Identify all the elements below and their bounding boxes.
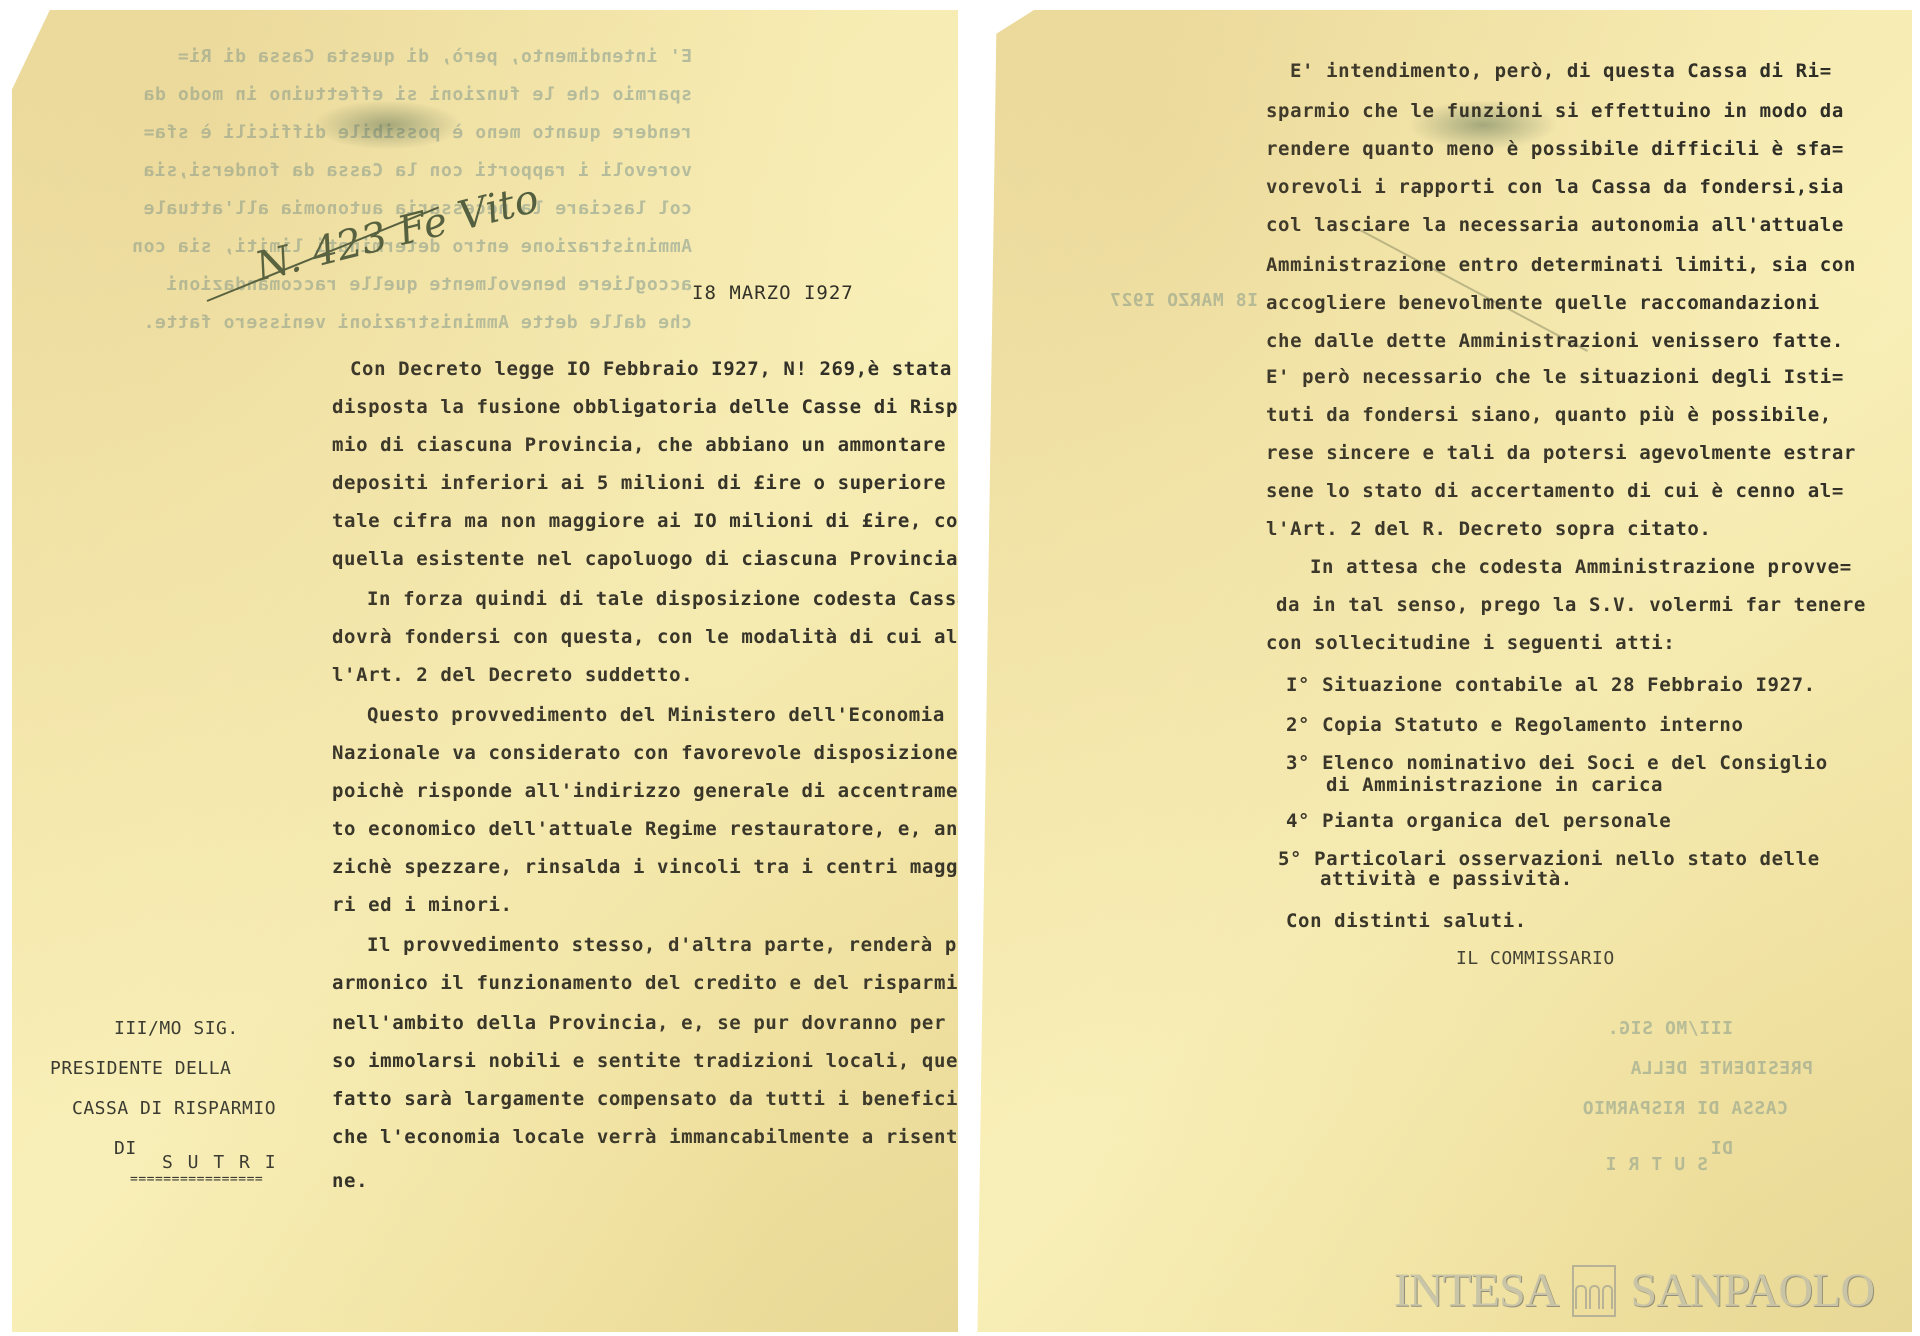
- addressee-role: PRESIDENTE DELLA: [50, 1058, 231, 1079]
- left-page: E' intendimento, però, di questa Cassa d…: [12, 10, 958, 1332]
- body-line: poichè risponde all'indirizzo generale d…: [332, 780, 970, 802]
- body-line: che l'economia locale verrà immancabilme…: [332, 1126, 970, 1148]
- body-line: mio di ciascuna Provincia, che abbiano u…: [332, 434, 982, 456]
- body-line: con sollecitudine i seguenti atti:: [1266, 632, 1675, 654]
- bleed-line: E' intendimento, però, di questa Cassa d…: [177, 46, 692, 67]
- body-line: col lasciare la necessaria autonomia all…: [1266, 214, 1844, 236]
- body-line: da in tal senso, prego la S.V. volermi f…: [1276, 594, 1866, 616]
- body-line: tuti da fondersi siano, quanto più è pos…: [1266, 404, 1832, 426]
- body-line: Con Decreto legge IO Febbraio I927, N! 2…: [350, 358, 952, 380]
- closing-salutation: Con distinti saluti.: [1286, 910, 1527, 932]
- body-line: dovrà fondersi con questa, con le modali…: [332, 626, 970, 648]
- bleed-line: PRESIDENTE DELLA: [1630, 1058, 1813, 1079]
- body-line: vorevoli i rapporti con la Cassa da fond…: [1266, 176, 1844, 198]
- body-line: tale cifra ma non maggiore ai IO milioni…: [332, 510, 970, 532]
- addressee-di: DI: [114, 1138, 137, 1159]
- body-line: l'Art. 2 del Decreto suddetto.: [332, 664, 693, 686]
- body-line: rendere quanto meno è possibile difficil…: [1266, 138, 1844, 160]
- body-line: sparmio che le funzioni si effettuino in…: [1266, 100, 1844, 122]
- addressee-institution: CASSA DI RISPARMIO: [72, 1098, 276, 1119]
- body-line: l'Art. 2 del R. Decreto sopra citato.: [1266, 518, 1711, 540]
- body-line: quella esistente nel capoluogo di ciascu…: [332, 548, 970, 570]
- right-page: I8 MARZO I927 III/MO SIG. PRESIDENTE DEL…: [968, 10, 1912, 1332]
- bleed-line: vorevoli i rapporti con la Cassa da fond…: [143, 160, 692, 181]
- body-line: rese sincere e tali da potersi agevolmen…: [1266, 442, 1856, 464]
- letter-date: I8 MARZO I927: [692, 282, 854, 304]
- bleed-line: S U T R I: [1605, 1154, 1708, 1175]
- addressee-title: III/MO SIG.: [114, 1018, 239, 1039]
- addressee-underline: ================: [130, 1172, 263, 1187]
- intesa-sanpaolo-watermark: INTESA SANPAOLO: [1394, 1263, 1874, 1318]
- body-line: E' intendimento, però, di questa Cassa d…: [1290, 60, 1832, 82]
- body-line: armonico il funzionamento del credito e …: [332, 972, 970, 994]
- list-item: 5° Particolari osservazioni nello stato …: [1278, 848, 1820, 870]
- list-item: I° Situazione contabile al 28 Febbraio I…: [1286, 674, 1816, 696]
- body-line: disposta la fusione obbligatoria delle C…: [332, 396, 982, 418]
- body-line: zichè spezzare, rinsalda i vincoli tra i…: [332, 856, 982, 878]
- body-line: sene lo stato di accertamento di cui è c…: [1266, 480, 1844, 502]
- body-line: In attesa che codesta Amministrazione pr…: [1310, 556, 1852, 578]
- body-line: depositi inferiori ai 5 milioni di £ire …: [332, 472, 982, 494]
- body-line: Il provvedimento stesso, d'altra parte, …: [367, 934, 981, 956]
- body-line: fatto sarà largamente compensato da tutt…: [332, 1088, 958, 1110]
- list-item: attività e passività.: [1320, 868, 1573, 890]
- bleed-line: III/MO SIG.: [1607, 1018, 1733, 1039]
- bleed-line: DI: [1710, 1138, 1733, 1159]
- body-line: ri ed i minori.: [332, 894, 513, 916]
- list-item: di Amministrazione in carica: [1326, 774, 1663, 796]
- bleed-line: CASSA DI RISPARMIO: [1582, 1098, 1788, 1119]
- bleed-line: I8 MARZO I927: [1109, 290, 1258, 311]
- body-line: E' però necessario che le situazioni deg…: [1266, 366, 1844, 388]
- ink-smudge: [312, 100, 462, 150]
- list-item: 4° Pianta organica del personale: [1286, 810, 1671, 832]
- watermark-left-text: INTESA: [1394, 1263, 1559, 1318]
- body-line: Questo provvedimento del Ministero dell'…: [367, 704, 945, 726]
- body-line: so immolarsi nobili e sentite tradizioni…: [332, 1050, 970, 1072]
- body-line: che dalle dette Amministrazioni venisser…: [1266, 330, 1844, 352]
- body-line: In forza quindi di tale disposizione cod…: [367, 588, 969, 610]
- body-line: ne.: [332, 1170, 368, 1192]
- body-line: Nazionale va considerato con favorevole …: [332, 742, 958, 764]
- body-line: to economico dell'attuale Regime restaur…: [332, 818, 970, 840]
- body-line: Amministrazione entro determinati limiti…: [1266, 254, 1856, 276]
- list-item: 3° Elenco nominativo dei Soci e del Cons…: [1286, 752, 1828, 774]
- watermark-right-text: SANPAOLO: [1630, 1263, 1874, 1318]
- body-line: accogliere benevolmente quelle raccomand…: [1266, 292, 1820, 314]
- bleed-line: che dalle dette Amministrazioni venisser…: [143, 312, 692, 333]
- addressee-city: S U T R I: [162, 1152, 278, 1173]
- signature-title: IL COMMISSARIO: [1456, 948, 1615, 969]
- list-item: 2° Copia Statuto e Regolamento interno: [1286, 714, 1743, 736]
- body-line: nell'ambito della Provincia, e, se pur d…: [332, 1012, 982, 1034]
- bridge-logo-icon: [1572, 1265, 1616, 1317]
